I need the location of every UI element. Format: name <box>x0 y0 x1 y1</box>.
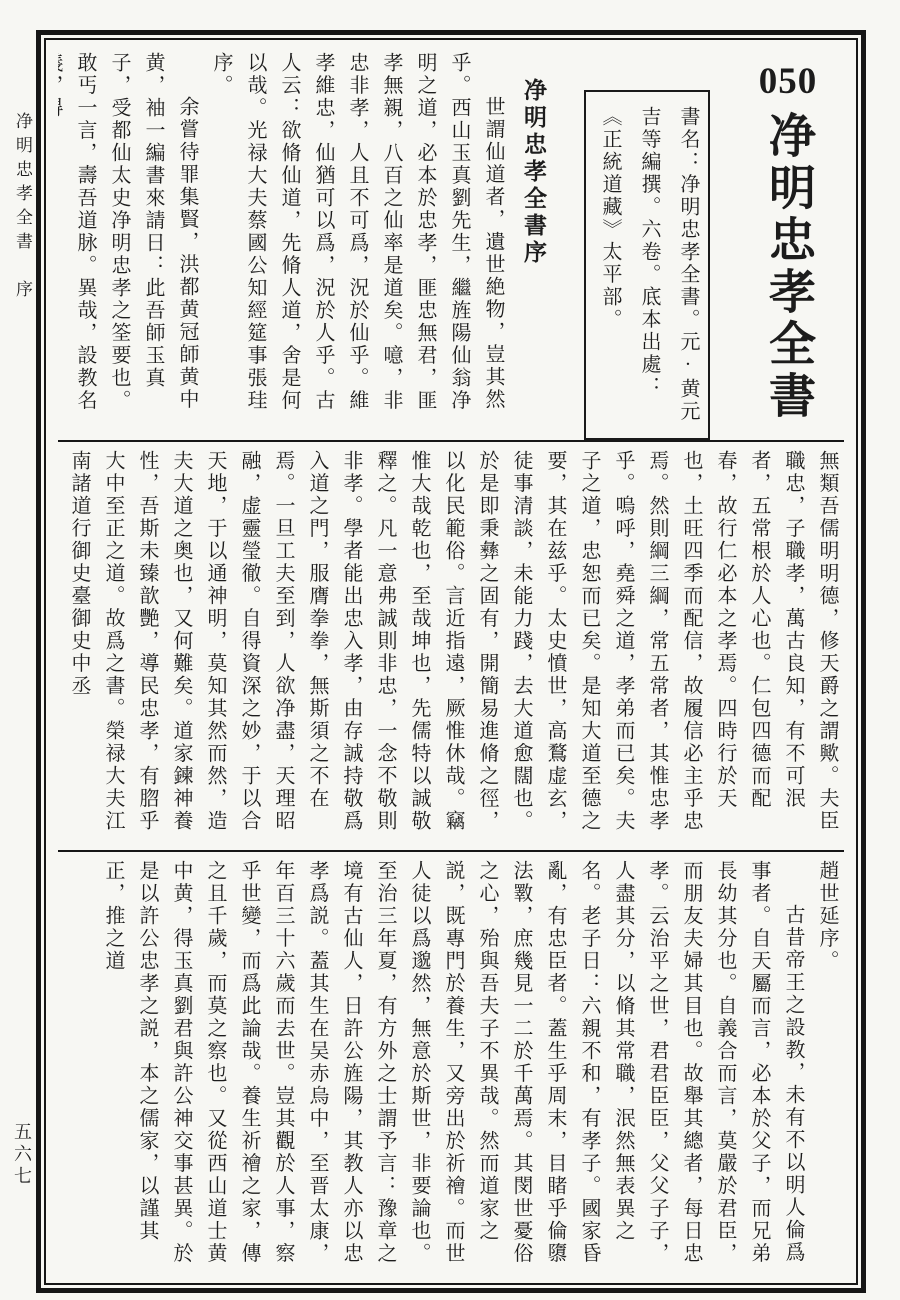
preface-heading: 净明忠孝全書序 <box>510 52 556 434</box>
strip-top: 050 净明忠孝全書 書名：净明忠孝全書。元·黄元吉等編撰。六卷。底本出處：《正… <box>58 48 844 440</box>
preface-paragraph-2: 余嘗待罪集賢，洪都黄冠師黄中黄，袖一編書來請日：此吾師玉真子，受都仙太史净明忠孝… <box>58 52 204 434</box>
strip-middle: 無類吾儒明明德，修天爵之謂歟。夫臣職忠，子職孝，萬古良知，有不可泯者，五常根於人… <box>58 442 844 850</box>
margin-book-title: 净明忠孝全書 序 <box>9 112 35 304</box>
serial-number: 050 <box>759 62 818 103</box>
book-title-block: 050 净明忠孝全書 <box>732 52 844 434</box>
page-number: 五六七 <box>9 1122 35 1188</box>
preface-paragraph-3: 古昔帝王之設教，未有不以明人倫爲事者。自天屬而言，必本於父子，而兄弟長幼其分也。… <box>96 860 810 1269</box>
strip-bottom: 趙世延序。 古昔帝王之設教，未有不以明人倫爲事者。自天屬而言，必本於父子，而兄弟… <box>58 852 844 1275</box>
page-frame: 050 净明忠孝全書 書名：净明忠孝全書。元·黄元吉等編撰。六卷。底本出處：《正… <box>36 30 866 1293</box>
book-title: 净明忠孝全書 <box>761 111 815 423</box>
bibliographic-info-text: 書名：净明忠孝全書。元·黄元吉等編撰。六卷。底本出處：《正統道藏》太平部。 <box>590 106 707 424</box>
preface-text-top: 净明忠孝全書序 世謂仙道者，遺世絶物，豈其然乎。西山玉真劉先生，繼旌陽仙翁净明之… <box>58 52 556 434</box>
preface-signature: 趙世延序。 <box>810 860 844 1269</box>
preface-continuation: 無類吾儒明明德，修天爵之謂歟。夫臣職忠，子職孝，萬古良知，有不可泯者，五常根於人… <box>62 450 844 844</box>
bibliographic-info-box: 書名：净明忠孝全書。元·黄元吉等編撰。六卷。底本出處：《正統道藏》太平部。 <box>584 90 710 440</box>
preface-paragraph-1: 世謂仙道者，遺世絶物，豈其然乎。西山玉真劉先生，繼旌陽仙翁净明之道，必本於忠孝，… <box>204 52 510 434</box>
page-frame-inner: 050 净明忠孝全書 書名：净明忠孝全書。元·黄元吉等編撰。六卷。底本出處：《正… <box>44 38 858 1285</box>
